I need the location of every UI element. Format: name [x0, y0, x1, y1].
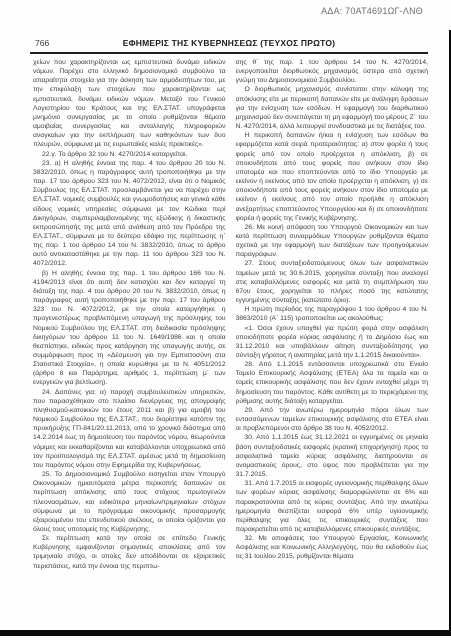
- paragraph: Σε περίπτωση κατά την οποία σε επίπεδο Γ…: [33, 534, 226, 571]
- page-header: 766 ΕΦΗΜΕΡΙΣ ΤΗΣ ΚΥΒΕΡΝΗΣΕΩΣ (ΤΕΥΧΟΣ ΠΡΩ…: [30, 38, 428, 51]
- paragraph: χείων που χαρακτηρίζονται ως εμπιστευτικ…: [33, 58, 226, 150]
- header-rule: [30, 52, 428, 54]
- paragraph: Η πρώτη περίοδος της παραγράφου 1 του άρ…: [236, 305, 429, 323]
- paragraph: 29. Από την ανωτέρω ημερομηνία πόροι όλω…: [236, 406, 429, 433]
- right-column: σης θ΄ της παρ. 1 του άρθρου 14 του Ν. 4…: [236, 58, 429, 592]
- paragraph: 30. Από 1.1.2015 έως 31.12.2021 οι εγγυη…: [236, 433, 429, 479]
- left-column: χείων που χαρακτηρίζονται ως εμπιστευτικ…: [33, 58, 226, 592]
- gazette-page: ΑΔΑ: 70ΑΤ4691ΩΓ-ΛΝΘ 766 ΕΦΗΜΕΡΙΣ ΤΗΣ ΚΥΒ…: [0, 0, 451, 640]
- paragraph: 23. α) Η αληθής έννοια της παρ. 4 του άρ…: [33, 159, 226, 269]
- ada-code: ΑΔΑ: 70ΑΤ4691ΩΓ-ΛΝΘ: [321, 6, 423, 16]
- paragraph: 24. Δαπάνες για: α) παροχή συμβουλευτικώ…: [33, 388, 226, 470]
- paragraph: β) Η αληθής έννοια της παρ. 1 του άρθρου…: [33, 269, 226, 388]
- paragraph: 27. Στους συνταξιοδοτούμενους όλων των α…: [236, 259, 429, 305]
- paragraph: 32. Με αποφάσεις του Υπουργού Εργασίας, …: [236, 534, 429, 561]
- paragraph: Ο διορθωτικός μηχανισμός συνίσταται στην…: [236, 85, 429, 131]
- paragraph: Η περικοπή δαπανών ή/και η ενίσχυση των …: [236, 131, 429, 223]
- paragraph: 26. Με κοινή απόφαση του Υπουργού Οικονο…: [236, 223, 429, 260]
- gazette-title: ΕΦΗΜΕΡΙΣ ΤΗΣ ΚΥΒΕΡΝΗΣΕΩΣ (ΤΕΥΧΟΣ ΠΡΩΤΟ): [30, 38, 428, 48]
- paragraph: 31. Από 1.7.2015 οι εισφορές υγειονομική…: [236, 479, 429, 534]
- paragraph: σης θ΄ της παρ. 1 του άρθρου 14 του Ν. 4…: [236, 58, 429, 85]
- document-body: χείων που χαρακτηρίζονται ως εμπιστευτικ…: [33, 58, 428, 592]
- paragraph: 28. Από 1.1.2015 εντάσσονται υποχρεωτικά…: [236, 360, 429, 406]
- paragraph: 22.γ. Το άρθρο 32 του Ν. 4270/2014 καταρ…: [33, 150, 226, 159]
- paragraph: 25. Το Δημοσιονομικό Συμβούλιο εισηγείτα…: [33, 470, 226, 534]
- scan-edge-bottom: [0, 630, 451, 636]
- paragraph: «1. Όσοι έχουν υπαχθεί για πρώτη φορά στ…: [236, 324, 429, 361]
